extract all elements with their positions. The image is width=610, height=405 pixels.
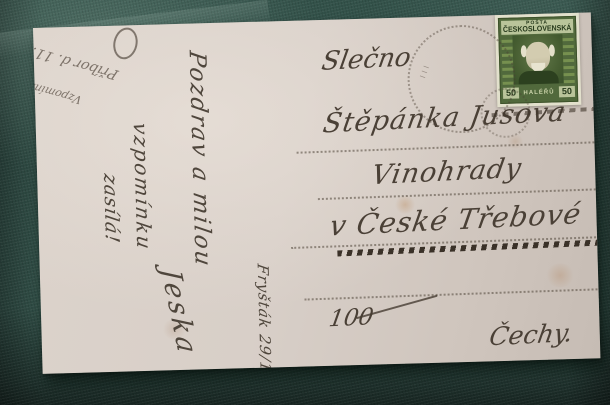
masaryk-portrait	[512, 34, 563, 85]
portrait-suit	[518, 70, 558, 84]
postcard: Příbor d. 11. Vzpomínka Pozdrav a milou …	[33, 12, 600, 373]
address-district: Vinohrady	[369, 153, 524, 191]
photo-of-postcard: { "postcard": { "corner_note": { "line1"…	[0, 0, 610, 405]
message-line-1: Pozdrav a milou	[184, 49, 216, 269]
postmark-text: III	[418, 62, 432, 80]
stamp-value-right: 50	[559, 86, 575, 97]
address-region: Čechy.	[487, 318, 575, 351]
message-line-3: zasílá!	[99, 172, 123, 244]
address-town: v České Třebové	[327, 197, 584, 242]
message-dateline: Fryšták 29/1	[254, 263, 275, 374]
message-line-2: vzpomínku	[129, 121, 157, 252]
address-ruled-line-4	[305, 288, 601, 300]
address-ruled-line-1	[297, 141, 599, 154]
corner-note-line-2: Vzpomínka	[33, 78, 84, 106]
stamp-currency: HALÉŘŮ	[523, 89, 554, 96]
stamp-header: POŠTA ČESKOSLOVENSKÁ	[501, 19, 573, 35]
stain	[545, 263, 576, 288]
laurel-ornament-right	[562, 34, 574, 84]
message-signature: Jeska	[154, 268, 204, 356]
corner-note-flourish	[110, 25, 140, 61]
corner-note-line-1: Příbor d. 11.	[33, 44, 121, 83]
address-house-number: 100	[327, 304, 375, 332]
address-salutation: Slečno	[319, 42, 413, 76]
